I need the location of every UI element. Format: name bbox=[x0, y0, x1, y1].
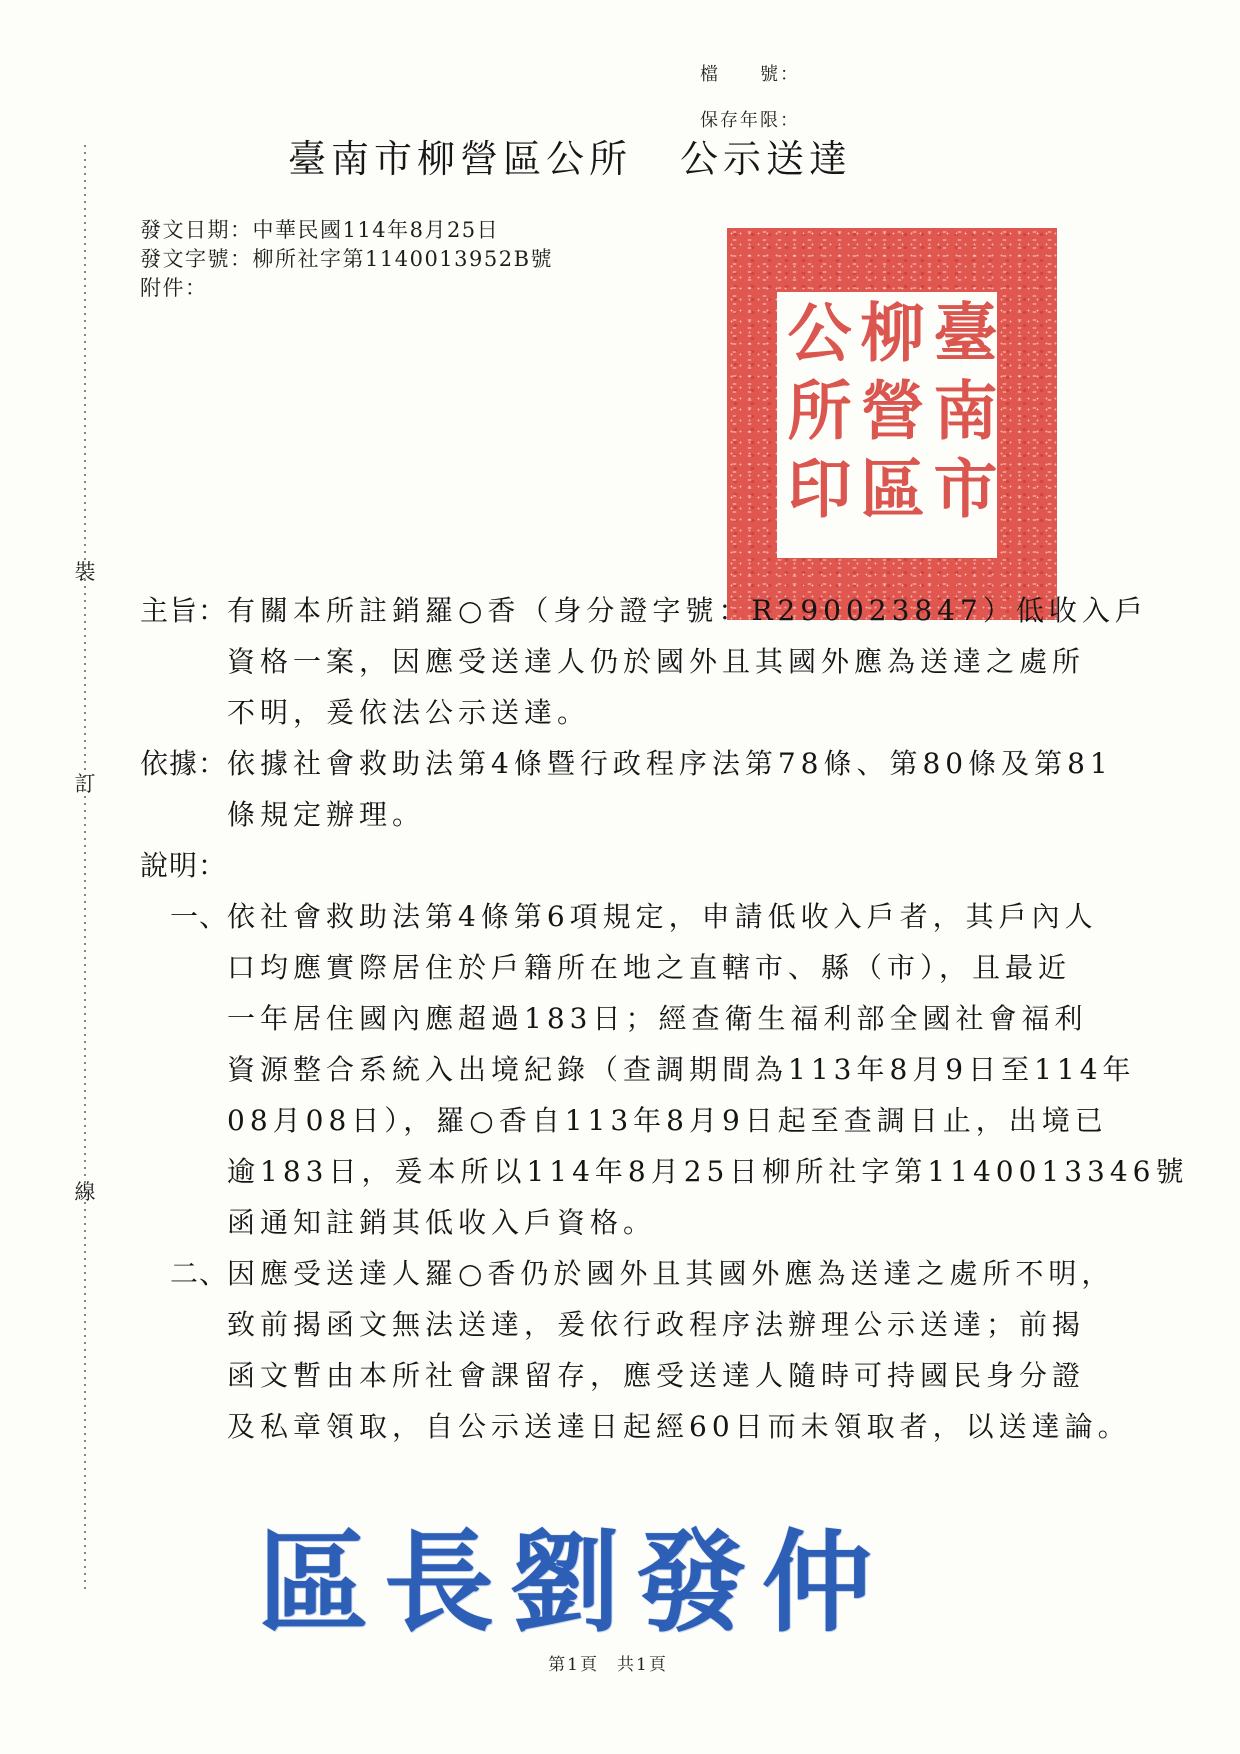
page-number-info: 第1頁共1頁 bbox=[0, 1650, 1216, 1675]
text-line: 函通知註銷其低收入戶資格。 bbox=[227, 1197, 1188, 1248]
explanation-item-2: 二、 因應受送達人羅○香仍於國外且其國外應為送達之處所不明， 致前揭函文無法送達… bbox=[170, 1248, 1125, 1452]
text-line: 有關本所註銷羅○香（身分證字號：R290023847）低收入戶 bbox=[227, 585, 1148, 636]
explanation-label: 說明： bbox=[140, 840, 227, 891]
district-chief-signature-stamp: 區長劉發仲 bbox=[258, 1528, 888, 1638]
legal-basis-paragraph: 依據： 依據社會救助法第4條暨行政程序法第78條、第80條及第81 條規定辦理。 bbox=[140, 738, 1125, 840]
text-line: 函文暫由本所社會課留存，應受送達人隨時可持國民身分證 bbox=[227, 1350, 1131, 1401]
text-line: 依據社會救助法第4條暨行政程序法第78條、第80條及第81 bbox=[227, 738, 1125, 789]
issuing-meta-block: 發文日期：中華民國114年8月25日 發文字號：柳所社字第1140013952B… bbox=[140, 216, 553, 303]
binding-mark-zhuang: 裝 bbox=[64, 556, 106, 586]
document-body: 主旨： 有關本所註銷羅○香（身分證字號：R290023847）低收入戶 資格一案… bbox=[140, 585, 1125, 1452]
official-seal-text: 臺南市柳營區公所印 bbox=[778, 299, 997, 551]
title-document-type: 公示送達 bbox=[680, 137, 852, 181]
text-line: 一年居住國內應超過183日；經查衛生福利部全國社會福利 bbox=[227, 993, 1188, 1044]
text-line: 因應受送達人羅○香仍於國外且其國外應為送達之處所不明， bbox=[227, 1248, 1131, 1299]
text-line: 資源整合系統入出境紀錄（查調期間為113年8月9日至114年 bbox=[227, 1044, 1188, 1095]
issue-number-line: 發文字號：柳所社字第1140013952B號 bbox=[140, 245, 553, 274]
binding-dotted-line bbox=[84, 145, 86, 1593]
text-line: 口均應實際居住於戶籍所在地之直轄市、縣（市），且最近 bbox=[227, 942, 1188, 993]
title-organization: 臺南市柳營區公所 bbox=[288, 137, 632, 181]
text-line: 資格一案，因應受送達人仍於國外且其國外應為送達之處所 bbox=[227, 636, 1148, 687]
subject-paragraph: 主旨： 有關本所註銷羅○香（身分證字號：R290023847）低收入戶 資格一案… bbox=[140, 585, 1125, 738]
binding-mark-ding: 訂 bbox=[64, 768, 106, 798]
text-line: 不明，爰依法公示送達。 bbox=[227, 687, 1148, 738]
document-page: 裝 訂 線 檔 號： 保存年限： 臺南市柳營區公所公示送達 發文日期：中華民國1… bbox=[0, 0, 1240, 1754]
page-title: 臺南市柳營區公所公示送達 bbox=[0, 128, 1140, 183]
subject-label: 主旨： bbox=[140, 585, 227, 636]
text-line: 08月08日），羅○香自113年8月9日起至查調日止，出境已 bbox=[227, 1095, 1188, 1146]
current-page: 第1頁 bbox=[548, 1655, 599, 1675]
explanation-item-1: 一、 依社會救助法第4條第6項規定，申請低收入戶者，其戶內人 口均應實際居住於戶… bbox=[170, 891, 1125, 1248]
text-line: 及私章領取，自公示送達日起經60日而未領取者，以送達論。 bbox=[227, 1401, 1131, 1452]
text-line: 逾183日，爰本所以114年8月25日柳所社字第1140013346號 bbox=[227, 1146, 1188, 1197]
attachment-line: 附件： bbox=[140, 274, 553, 303]
total-pages: 共1頁 bbox=[617, 1655, 668, 1675]
file-number-label: 檔 號： bbox=[700, 52, 800, 98]
official-seal-stamp: 臺南市柳營區公所印 bbox=[727, 228, 1057, 620]
issue-date-line: 發文日期：中華民國114年8月25日 bbox=[140, 216, 553, 245]
official-seal-inner: 臺南市柳營區公所印 bbox=[777, 292, 997, 558]
text-line: 條規定辦理。 bbox=[227, 789, 1125, 840]
binding-mark-xian: 線 bbox=[64, 1176, 106, 1206]
legal-basis-label: 依據： bbox=[140, 738, 227, 789]
explanation-heading: 說明： bbox=[140, 840, 1125, 891]
text-line: 依社會救助法第4條第6項規定，申請低收入戶者，其戶內人 bbox=[227, 891, 1188, 942]
item-1-number: 一、 bbox=[170, 891, 227, 942]
item-2-number: 二、 bbox=[170, 1248, 227, 1299]
text-line: 致前揭函文無法送達，爰依行政程序法辦理公示送達；前揭 bbox=[227, 1299, 1131, 1350]
